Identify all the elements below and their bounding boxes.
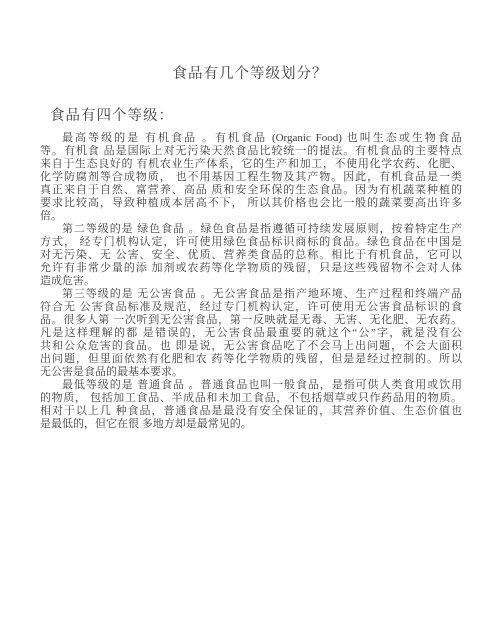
document-title: 食品有几个等级划分？ xyxy=(0,0,500,83)
text-line: 等。有机食 品是国际上对无污染天然食品比较统一的提法。有机食品的主要特点 xyxy=(40,145,462,158)
text-line: 第三等级的是 无公害食品 。无公害食品是指产地环境、生产过程和终端产品 xyxy=(40,288,462,301)
text-line: 真正来自于自然、富营养、高品 质和安全环保的生态食品。因为有机蔬菜种植的 xyxy=(40,184,462,197)
paragraph: 第二等级的是 绿色食品 。绿色食品是指遵循可持续发展原则，按着特定生产方式， 经… xyxy=(40,223,462,288)
document-subtitle: 食品有四个等级： xyxy=(50,104,500,125)
text-line: 出问题，但里面依然有化肥和农 药等化学物质的残留，但是是经过控制的。所以 xyxy=(40,353,462,366)
text-line: 造成危害。 xyxy=(40,275,462,288)
text-line: 倍。 xyxy=(40,210,462,223)
text-line: 凡是这样理解的都 是错误的，无公害食品最重要的就这个“公”字，就是没有公 xyxy=(40,327,462,340)
text-line: 要求比较高，导致种植成本居高不下， 所以其价格也会比一般的蔬菜要高出许多 xyxy=(40,197,462,210)
document-body: 最高等级的是 有机食品 。有机食品 (Organic Food) 也叫生态或生物… xyxy=(40,132,462,431)
text-line: 品。很多人第 一次听到无公害食品，第一反映就是无毒、无害、无化肥、无农药。 xyxy=(40,314,462,327)
text-line: 方式， 经专门机构认定，许可使用绿色食品标识商标的食品。绿色食品在中国是 xyxy=(40,236,462,249)
text-line: 允许有非常少量的添 加剂或农药等化学物质的残留，只是这些残留物不会对人体 xyxy=(40,262,462,275)
text-line: 共和公众危害的食品。也 即是说，无公害食品吃了不会马上出问题，不会大面积 xyxy=(40,340,462,353)
text-line: 是最低的，但它在很 多地方却是最常见的。 xyxy=(40,418,462,431)
text-line: 相对于以上几 种食品，普通食品是最没有安全保证的，其营养价值、生态价值也 xyxy=(40,405,462,418)
paragraph: 最低等级的是 普通食品 。普通食品也叫一般食品，是指可供人类食用或饮用的物质， … xyxy=(40,379,462,431)
text-line: 符合无 公害食品标准及规范，经过专门机构认定，许可使用无公害食品标识的食 xyxy=(40,301,462,314)
text-line: 最高等级的是 有机食品 。有机食品 (Organic Food) 也叫生态或生物… xyxy=(40,132,462,145)
document-page: 食品有几个等级划分？ 食品有四个等级： 最高等级的是 有机食品 。有机食品 (O… xyxy=(0,0,500,637)
text-line: 对无污染、无 公害、安全、优质、营养类食品的总称。相比于有机食品，它可以 xyxy=(40,249,462,262)
paragraph: 第三等级的是 无公害食品 。无公害食品是指产地环境、生产过程和终端产品符合无 公… xyxy=(40,288,462,379)
text-line: 来自于生态良好的 有机农业生产体系，它的生产和加工，不使用化学农药、化肥、 xyxy=(40,158,462,171)
text-line: 第二等级的是 绿色食品 。绿色食品是指遵循可持续发展原则，按着特定生产 xyxy=(40,223,462,236)
text-line: 化学防腐剂等合成物质， 也不用基因工程生物及其产物。因此，有机食品是一类 xyxy=(40,171,462,184)
paragraph: 最高等级的是 有机食品 。有机食品 (Organic Food) 也叫生态或生物… xyxy=(40,132,462,223)
text-line: 最低等级的是 普通食品 。普通食品也叫一般食品，是指可供人类食用或饮用 xyxy=(40,379,462,392)
text-line: 的物质， 包括加工食品、半成品和未加工食品，不包括烟草或只作药品用的物质。 xyxy=(40,392,462,405)
text-line: 无公害是食品的最基本要求。 xyxy=(40,366,462,379)
